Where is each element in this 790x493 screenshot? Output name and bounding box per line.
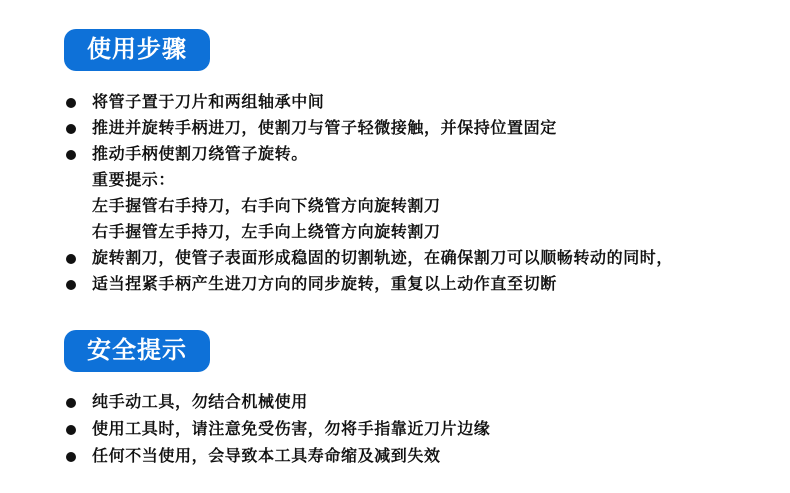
usage-step-text: 旋转割刀，使管子表面形成稳固的切割轨迹，在确保割刀可以顺畅转动的同时，	[92, 250, 673, 267]
bullet-icon	[66, 124, 76, 134]
usage-step-text: 推动手柄使割刀绕管子旋转。	[92, 146, 308, 163]
bullet-icon	[66, 425, 76, 435]
usage-steps-list: 将管子置于刀片和两组轴承中间 推进并旋转手柄进刀，使割刀与管子轻微接触，并保持位…	[64, 90, 760, 298]
bullet-icon	[66, 452, 76, 462]
usage-note-line: 左手握管右手持刀，右手向下绕管方向旋转割刀	[64, 194, 760, 220]
usage-note-text: 右手握管左手持刀，左手向上绕管方向旋转割刀	[92, 224, 441, 241]
safety-tip-item: 使用工具时，请注意免受伤害，勿将手指靠近刀片边缘	[64, 416, 760, 443]
usage-section: 使用步骤 将管子置于刀片和两组轴承中间 推进并旋转手柄进刀，使割刀与管子轻微接触…	[64, 29, 760, 298]
usage-note-text: 重要提示：	[92, 172, 175, 189]
usage-step-item: 推动手柄使割刀绕管子旋转。	[64, 142, 760, 168]
safety-tip-text: 任何不当使用，会导致本工具寿命缩及减到失效	[92, 448, 441, 465]
usage-step-item: 旋转割刀，使管子表面形成稳固的切割轨迹，在确保割刀可以顺畅转动的同时，	[64, 246, 760, 272]
usage-step-text: 适当捏紧手柄产生进刀方向的同步旋转，重复以上动作直至切断	[92, 276, 557, 293]
usage-note-text: 左手握管右手持刀，右手向下绕管方向旋转割刀	[92, 198, 441, 215]
safety-section: 安全提示 纯手动工具，勿结合机械使用 使用工具时，请注意免受伤害，勿将手指靠近刀…	[64, 330, 760, 470]
bullet-icon	[66, 254, 76, 264]
usage-step-text: 推进并旋转手柄进刀，使割刀与管子轻微接触，并保持位置固定	[92, 120, 557, 137]
usage-step-item: 推进并旋转手柄进刀，使割刀与管子轻微接触，并保持位置固定	[64, 116, 760, 142]
safety-tips-list: 纯手动工具，勿结合机械使用 使用工具时，请注意免受伤害，勿将手指靠近刀片边缘 任…	[64, 389, 760, 470]
safety-tip-item: 任何不当使用，会导致本工具寿命缩及减到失效	[64, 443, 760, 470]
safety-tip-text: 使用工具时，请注意免受伤害，勿将手指靠近刀片边缘	[92, 421, 490, 438]
bullet-icon	[66, 398, 76, 408]
instructions-panel: 使用步骤 将管子置于刀片和两组轴承中间 推进并旋转手柄进刀，使割刀与管子轻微接触…	[0, 0, 790, 493]
safety-tip-text: 纯手动工具，勿结合机械使用	[92, 394, 308, 411]
usage-note-heading: 重要提示：	[64, 168, 760, 194]
usage-section-title-badge: 使用步骤	[64, 29, 210, 71]
bullet-icon	[66, 280, 76, 290]
usage-step-text: 将管子置于刀片和两组轴承中间	[92, 94, 324, 111]
usage-step-item: 将管子置于刀片和两组轴承中间	[64, 90, 760, 116]
usage-step-item: 适当捏紧手柄产生进刀方向的同步旋转，重复以上动作直至切断	[64, 272, 760, 298]
safety-section-title-badge: 安全提示	[64, 330, 210, 372]
safety-tip-item: 纯手动工具，勿结合机械使用	[64, 389, 760, 416]
bullet-icon	[66, 98, 76, 108]
bullet-icon	[66, 150, 76, 160]
usage-note-line: 右手握管左手持刀，左手向上绕管方向旋转割刀	[64, 220, 760, 246]
